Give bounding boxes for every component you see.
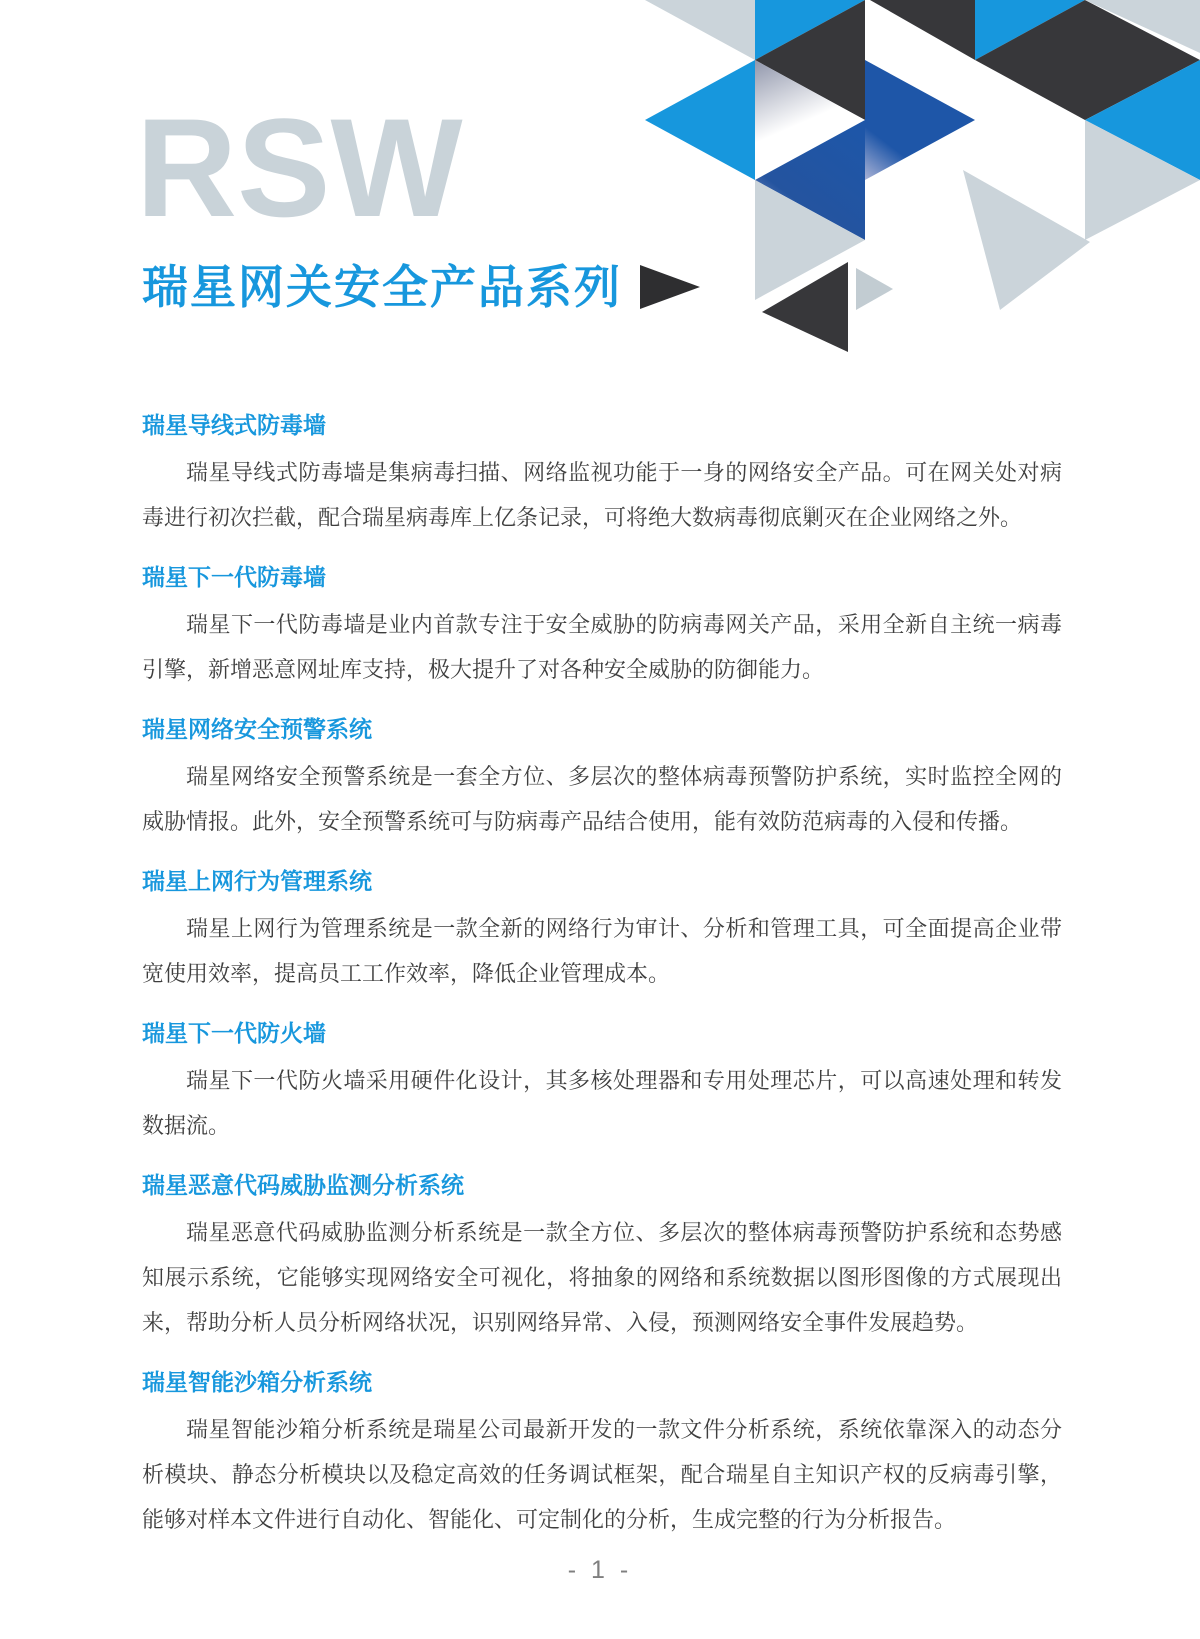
section-title: 瑞星智能沙箱分析系统: [142, 1367, 1062, 1397]
page-number: - 1 -: [0, 1556, 1200, 1585]
section-title: 瑞星下一代防毒墙: [142, 562, 1062, 592]
section-body: 瑞星智能沙箱分析系统是瑞星公司最新开发的一款文件分析系统，系统依靠深入的动态分析…: [142, 1407, 1062, 1542]
section-next-gen-firewall: 瑞星下一代防火墙 瑞星下一代防火墙采用硬件化设计，其多核处理器和专用处理芯片，可…: [142, 1018, 1062, 1148]
section-body: 瑞星上网行为管理系统是一款全新的网络行为审计、分析和管理工具，可全面提高企业带宽…: [142, 906, 1062, 996]
rsw-logo: RSW: [136, 98, 463, 238]
document-page: RSW 瑞星网关安全产品系列 瑞星导线式防毒墙 瑞星导线式防毒墙是集病毒扫描、网…: [0, 0, 1200, 1639]
page-title-row: 瑞星网关安全产品系列: [142, 262, 702, 313]
section-intelligent-sandbox: 瑞星智能沙箱分析系统 瑞星智能沙箱分析系统是瑞星公司最新开发的一款文件分析系统，…: [142, 1367, 1062, 1542]
right-arrow-icon: [640, 265, 702, 309]
section-network-security-warning: 瑞星网络安全预警系统 瑞星网络安全预警系统是一套全方位、多层次的整体病毒预警防护…: [142, 714, 1062, 844]
section-malware-threat-monitoring: 瑞星恶意代码威胁监测分析系统 瑞星恶意代码威胁监测分析系统是一款全方位、多层次的…: [142, 1170, 1062, 1345]
section-title: 瑞星恶意代码威胁监测分析系统: [142, 1170, 1062, 1200]
section-title: 瑞星导线式防毒墙: [142, 410, 1062, 440]
section-title: 瑞星上网行为管理系统: [142, 866, 1062, 896]
section-body: 瑞星下一代防毒墙是业内首款专注于安全威胁的防病毒网关产品，采用全新自主统一病毒引…: [142, 602, 1062, 692]
section-body: 瑞星下一代防火墙采用硬件化设计，其多核处理器和专用处理芯片，可以高速处理和转发数…: [142, 1058, 1062, 1148]
page-title: 瑞星网关安全产品系列: [142, 262, 622, 313]
section-body: 瑞星导线式防毒墙是集病毒扫描、网络监视功能于一身的网络安全产品。可在网关处对病毒…: [142, 450, 1062, 540]
section-body: 瑞星网络安全预警系统是一套全方位、多层次的整体病毒预警防护系统，实时监控全网的威…: [142, 754, 1062, 844]
section-title: 瑞星网络安全预警系统: [142, 714, 1062, 744]
product-sections: 瑞星导线式防毒墙 瑞星导线式防毒墙是集病毒扫描、网络监视功能于一身的网络安全产品…: [142, 410, 1062, 1564]
section-daoxianshi-fangdu-qiang: 瑞星导线式防毒墙 瑞星导线式防毒墙是集病毒扫描、网络监视功能于一身的网络安全产品…: [142, 410, 1062, 540]
section-next-gen-fangdu-qiang: 瑞星下一代防毒墙 瑞星下一代防毒墙是业内首款专注于安全威胁的防病毒网关产品，采用…: [142, 562, 1062, 692]
section-title: 瑞星下一代防火墙: [142, 1018, 1062, 1048]
section-body: 瑞星恶意代码威胁监测分析系统是一款全方位、多层次的整体病毒预警防护系统和态势感知…: [142, 1210, 1062, 1345]
section-online-behavior-management: 瑞星上网行为管理系统 瑞星上网行为管理系统是一款全新的网络行为审计、分析和管理工…: [142, 866, 1062, 996]
